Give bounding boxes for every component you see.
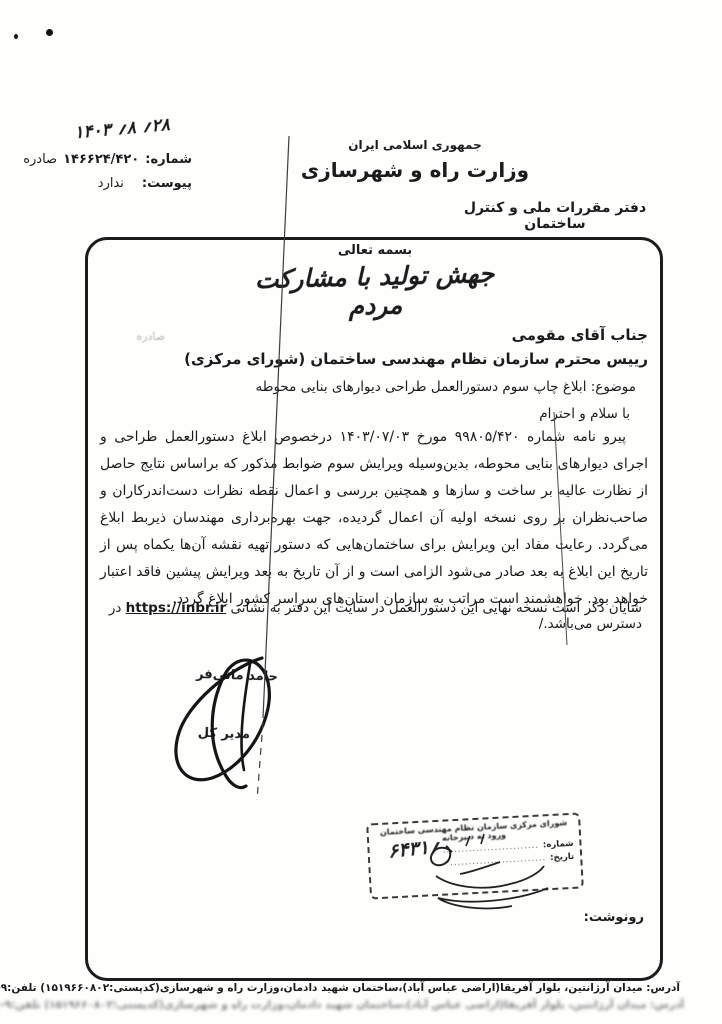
closing-line: شایان ذکر است نسخه نهایی این دستورالعمل … bbox=[77, 600, 642, 632]
subject-text: ابلاغ چاپ سوم دستورالعمل طراحی دیوارهای … bbox=[255, 379, 586, 395]
number-suffix: صادره bbox=[23, 152, 57, 167]
attachment-label: پیوست: bbox=[142, 176, 192, 191]
footer-address: آدرس: میدان آرژانتین، بلوار آفریقا(اراضی… bbox=[50, 982, 680, 994]
subject-line: موضوع: ابلاغ چاپ سوم دستورالعمل طراحی دی… bbox=[106, 379, 636, 395]
footer-address-ghost: آدرس: میدان آرژانتین، بلوار آفریقا(اراضی… bbox=[44, 999, 684, 1011]
letterhead-ministry: وزارت راه و شهرسازی bbox=[280, 158, 550, 182]
subject-label: موضوع: bbox=[591, 379, 636, 395]
letter-meta-block: شماره: ۱۴۶۶۲۴/۴۲۰ صادره پیوست: ندارد bbox=[42, 152, 192, 191]
number-value: ۱۴۶۶۲۴/۴۲۰ bbox=[63, 152, 139, 167]
scanned-letter-page: ۲۸؍ ۸؍ ۱۴۰۳ شماره: ۱۴۶۶۲۴/۴۲۰ صادره پیوس… bbox=[0, 0, 722, 1024]
slogan-calligraphy: جهش تولید با مشارکت مردم bbox=[229, 258, 520, 324]
handwritten-date: ۲۸؍ ۸؍ ۱۴۰۳ bbox=[61, 113, 182, 144]
closing-before-link: شایان ذکر است نسخه نهایی این دستورالعمل … bbox=[230, 600, 642, 616]
stamp-date-label: تاریخ: bbox=[550, 852, 574, 863]
letterhead-country: جمهوری اسلامی ایران bbox=[300, 138, 530, 152]
signatory-title: مدیر کل bbox=[170, 725, 250, 743]
stamp-date-dots: .......................... bbox=[450, 853, 547, 868]
letterhead-office: دفتر مقررات ملی و کنترل ساختمان bbox=[440, 200, 670, 232]
attachment-value: ندارد bbox=[98, 176, 124, 191]
recipient-name: جناب آقای مقومی bbox=[108, 326, 648, 344]
recipient-title: رییس محترم سازمان نظام مهندسی ساختمان (ش… bbox=[108, 350, 648, 368]
salutation: با سلام و احترام bbox=[110, 406, 630, 422]
ink-speck bbox=[14, 34, 18, 39]
besmele: بسمه تعالی bbox=[285, 243, 465, 258]
letter-body: پیرو نامه شماره ۹۹۸۰۵/۴۲۰ مورخ ۱۴۰۳/۰۷/۰… bbox=[100, 424, 648, 584]
stamp-number-label: شماره: bbox=[543, 839, 574, 851]
inbr-url: https://inbr.ir bbox=[126, 600, 227, 616]
ink-speck bbox=[46, 29, 53, 36]
copy-to-label: رونوشت: bbox=[524, 910, 644, 925]
number-label: شماره: bbox=[145, 152, 192, 167]
